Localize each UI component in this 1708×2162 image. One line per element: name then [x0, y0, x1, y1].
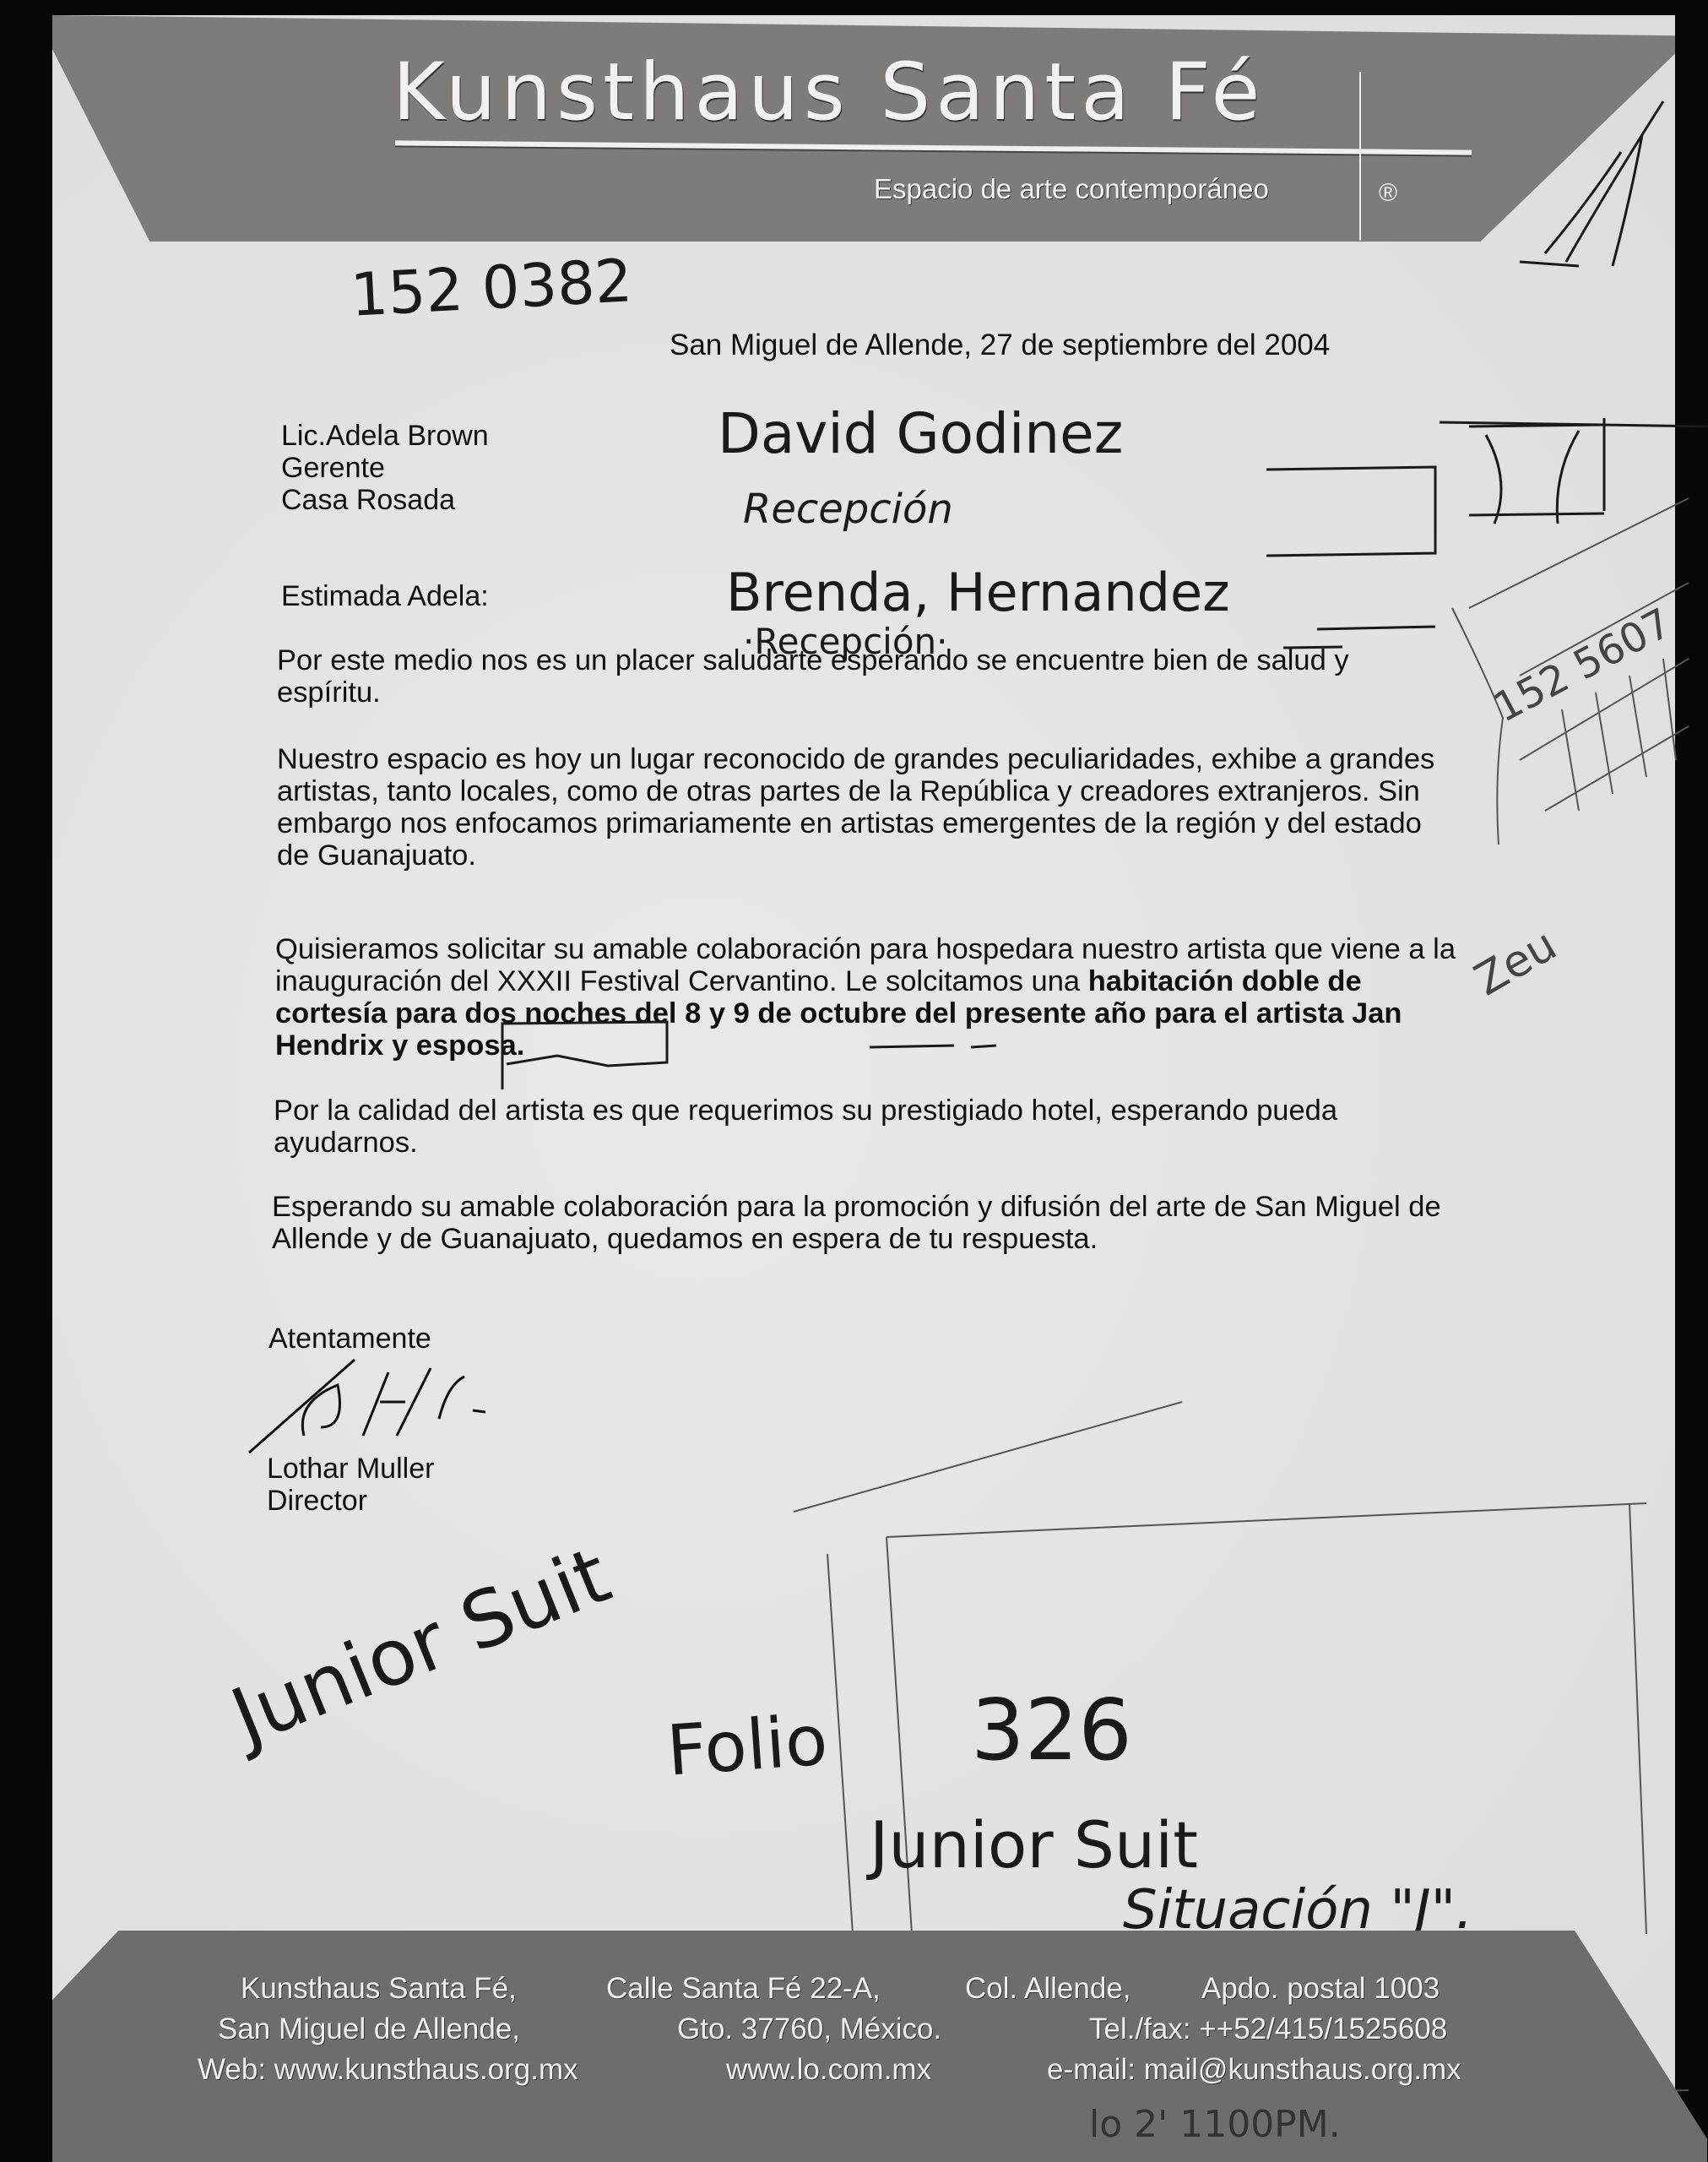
footer-company: Kunsthaus Santa Fé, — [241, 1972, 517, 2006]
handwritten-junior-suit-2: Junior Suit — [870, 1807, 1198, 1882]
footer-web: Web: www.kunsthaus.org.mx — [198, 2053, 578, 2087]
footer-postal-box: Apdo. postal 1003 — [1201, 1972, 1440, 2006]
footer-street: Calle Santa Fé 22-A, — [606, 1972, 881, 2006]
footer-phone: Tel./fax: ++52/415/1525608 — [1089, 2013, 1447, 2046]
footer-email: e-mail: mail@kunsthaus.org.mx — [1047, 2053, 1461, 2087]
footer-city: San Miguel de Allende, — [218, 2013, 520, 2046]
handwritten-folio-label: Folio — [664, 1700, 830, 1791]
handwritten-footer-note: lo 2' 1100PM. — [1089, 2103, 1341, 2146]
footer-band — [52, 1931, 1707, 2162]
handwritten-marks — [0, 0, 1708, 2162]
footer-colony: Col. Allende, — [965, 1972, 1131, 2006]
footer-state-zip: Gto. 37760, México. — [677, 2013, 941, 2046]
footer-web-2: www.lo.com.mx — [726, 2053, 931, 2087]
handwritten-folio-number: 326 — [971, 1681, 1132, 1779]
